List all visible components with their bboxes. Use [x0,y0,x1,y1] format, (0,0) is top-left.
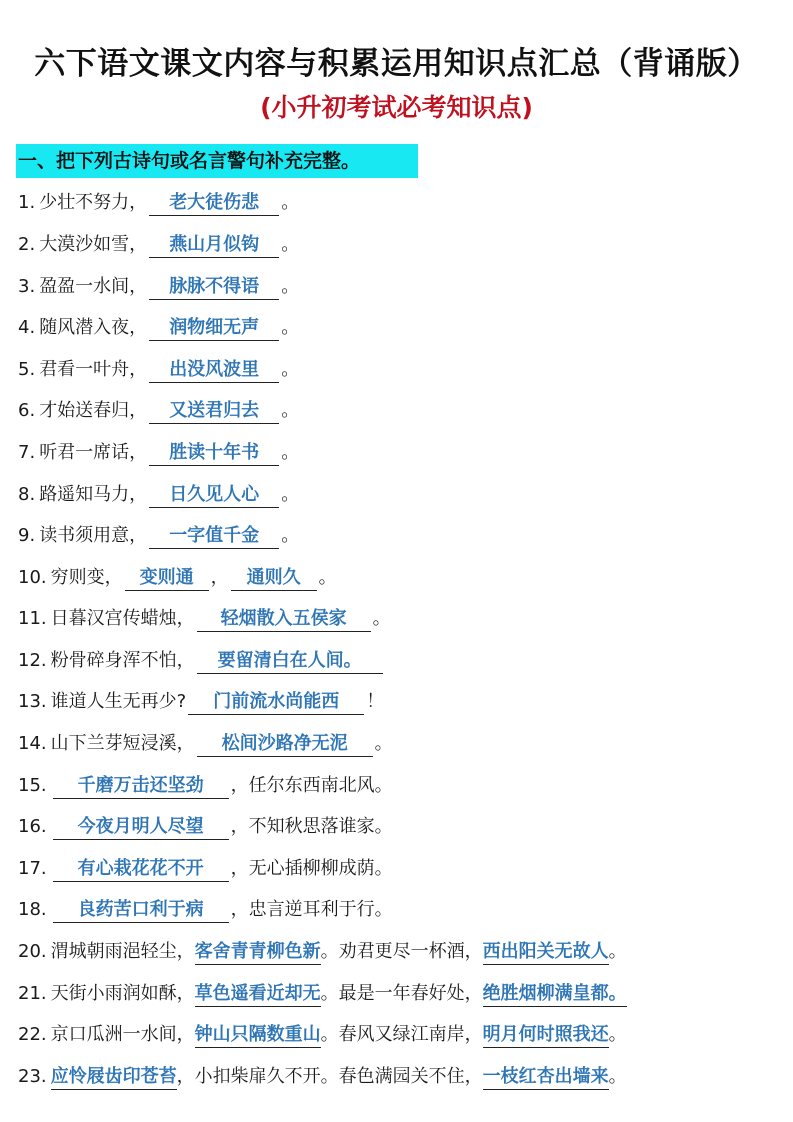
item-number: 15. [18,775,47,796]
item-prefix: 日暮汉宫传蜡烛， [51,608,195,629]
list-item: 8.路遥知马力，日久见人心。 [18,480,299,510]
item-suffix: 。 [281,192,299,213]
list-item: 9.读书须用意，一字值千金。 [18,521,299,551]
item-number: 8. [18,484,35,505]
section-heading: 一、把下列古诗句或名言警句补充完整。 [16,144,418,178]
answer-text: 钟山只隔数重山 [195,1023,321,1048]
item-number: 23. [18,1066,47,1087]
list-item: 11.日暮汉宫传蜡烛，轻烟散入五侯家。 [18,604,391,634]
item-number: 9. [18,525,35,546]
list-item: 12.粉骨碎身浑不怕，要留清白在人间。 [18,646,385,676]
list-item: 10.穷则变，变则通，通则久。 [18,563,337,593]
item-number: 18. [18,899,47,920]
item-prefix: 渭城朝雨浥轻尘， [51,941,195,962]
item-prefix: 听君一席话， [39,442,147,463]
item-prefix: 随风潜入夜， [39,317,147,338]
answer-blank: 润物细无声 [149,316,279,341]
item-suffix: 。 [281,400,299,421]
answer-text: 草色遥看近却无 [195,982,321,1007]
list-item: 6.才始送春归，又送君归去。 [18,396,299,426]
item-suffix: 。 [609,1024,627,1045]
item-number: 16. [18,816,47,837]
item-number: 22. [18,1024,47,1045]
item-prefix: 才始送春归， [39,400,147,421]
answer-blank: 良药苦口利于病 [53,898,229,923]
item-suffix: ，任尔东西南北风。 [231,775,393,796]
list-item: 16.今夜月明人尽望，不知秋思落谁家。 [18,812,393,842]
item-suffix: 。 [609,1066,627,1087]
page-title: 六下语文课文内容与积累运用知识点汇总（背诵版） [0,38,793,83]
answer-text: 明月何时照我还 [483,1023,609,1048]
item-number: 2. [18,234,35,255]
item-middle: 。春风又绿江南岸， [321,1024,483,1045]
answer-text: 绝胜烟柳满皇都。 [483,982,627,1007]
list-item: 14.山下兰芽短浸溪，松间沙路净无泥。 [18,729,393,759]
item-prefix: 京口瓜洲一水间， [51,1024,195,1045]
item-number: 3. [18,276,35,297]
list-item: 23.应怜屐齿印苍苔，小扣柴扉久不开。春色满园关不住，一枝红杏出墙来。 [18,1062,627,1092]
list-item: 21.天街小雨润如酥，草色遥看近却无。最是一年春好处，绝胜烟柳满皇都。 [18,979,627,1009]
list-item: 5.君看一叶舟，出没风波里。 [18,355,299,385]
answer-blank: 通则久 [231,566,317,591]
item-prefix: 读书须用意， [39,525,147,546]
item-suffix: 。 [609,941,627,962]
item-number: 17. [18,858,47,879]
item-suffix: ，无心插柳柳成荫。 [231,858,393,879]
answer-blank: 日久见人心 [149,483,279,508]
item-number: 11. [18,608,47,629]
list-item: 17.有心栽花花不开，无心插柳柳成荫。 [18,854,393,884]
answer-blank: 门前流水尚能西 [188,690,364,715]
item-prefix: 大漠沙如雪， [39,234,147,255]
item-number: 20. [18,941,47,962]
item-number: 1. [18,192,35,213]
item-prefix: 谁道人生无再少? [51,691,187,712]
item-number: 12. [18,650,47,671]
answer-blank: 一字值千金 [149,524,279,549]
item-number: 21. [18,983,47,1004]
item-suffix: 。 [281,317,299,338]
answer-text: 一枝红杏出墙来 [483,1065,609,1090]
answer-blank: 今夜月明人尽望 [53,815,229,840]
item-number: 14. [18,733,47,754]
item-number: 5. [18,359,35,380]
item-number: 10. [18,567,47,588]
item-prefix: 盈盈一水间， [39,276,147,297]
list-item: 7.听君一席话，胜读十年书。 [18,438,299,468]
item-suffix: 。 [281,234,299,255]
answer-blank: 千磨万击还坚劲 [53,774,229,799]
item-number: 6. [18,400,35,421]
item-prefix: 天街小雨润如酥， [51,983,195,1004]
list-item: 15.千磨万击还坚劲，任尔东西南北风。 [18,771,393,801]
item-suffix: 。 [281,525,299,546]
answer-text: 西出阳关无故人 [483,940,609,965]
list-item: 13.谁道人生无再少?门前流水尚能西！ [18,687,384,717]
item-middle: 。劝君更尽一杯酒， [321,941,483,962]
item-number: 7. [18,442,35,463]
item-suffix: 。 [281,484,299,505]
item-suffix: ！ [366,691,384,712]
list-item: 20.渭城朝雨浥轻尘，客舍青青柳色新。劝君更尽一杯酒，西出阳关无故人。 [18,937,627,967]
answer-blank: 有心栽花花不开 [53,857,229,882]
answer-blank: 老大徒伤悲 [149,191,279,216]
answer-blank: 脉脉不得语 [149,275,279,300]
answer-blank: 燕山月似钩 [149,233,279,258]
item-prefix: 粉骨碎身浑不怕， [51,650,195,671]
item-suffix: ，不知秋思落谁家。 [231,816,393,837]
list-item: 3.盈盈一水间，脉脉不得语。 [18,272,299,302]
item-suffix: 。 [319,567,337,588]
answer-text: 客舍青青柳色新 [195,940,321,965]
answer-blank: 要留清白在人间。 [197,649,383,674]
answer-blank: 轻烟散入五侯家 [197,607,371,632]
answer-blank: 胜读十年书 [149,441,279,466]
item-number: 4. [18,317,35,338]
item-prefix: 山下兰芽短浸溪， [51,733,195,754]
answer-blank: 松间沙路净无泥 [197,732,373,757]
answer-text: 应怜屐齿印苍苔 [51,1065,177,1090]
list-item: 18.良药苦口利于病，忠言逆耳利于行。 [18,895,393,925]
answer-blank: 变则通 [125,566,209,591]
item-middle: ， [211,567,229,588]
item-number: 13. [18,691,47,712]
item-prefix: 路遥知马力， [39,484,147,505]
item-suffix: ，忠言逆耳利于行。 [231,899,393,920]
answer-blank: 又送君归去 [149,399,279,424]
item-suffix: 。 [281,276,299,297]
page-subtitle: (小升初考试必考知识点) [0,88,793,124]
item-suffix: 。 [373,608,391,629]
item-middle: ，小扣柴扉久不开。春色满园关不住， [177,1066,483,1087]
item-prefix: 少壮不努力， [39,192,147,213]
item-prefix: 君看一叶舟， [39,359,147,380]
item-prefix: 穷则变， [51,567,123,588]
list-item: 2.大漠沙如雪，燕山月似钩。 [18,230,299,260]
item-middle: 。最是一年春好处， [321,983,483,1004]
item-suffix: 。 [281,442,299,463]
list-item: 1.少壮不努力，老大徒伤悲。 [18,188,299,218]
item-suffix: 。 [281,359,299,380]
list-item: 4.随风潜入夜，润物细无声。 [18,313,299,343]
list-item: 22.京口瓜洲一水间，钟山只隔数重山。春风又绿江南岸，明月何时照我还。 [18,1020,627,1050]
answer-blank: 出没风波里 [149,358,279,383]
item-suffix: 。 [375,733,393,754]
